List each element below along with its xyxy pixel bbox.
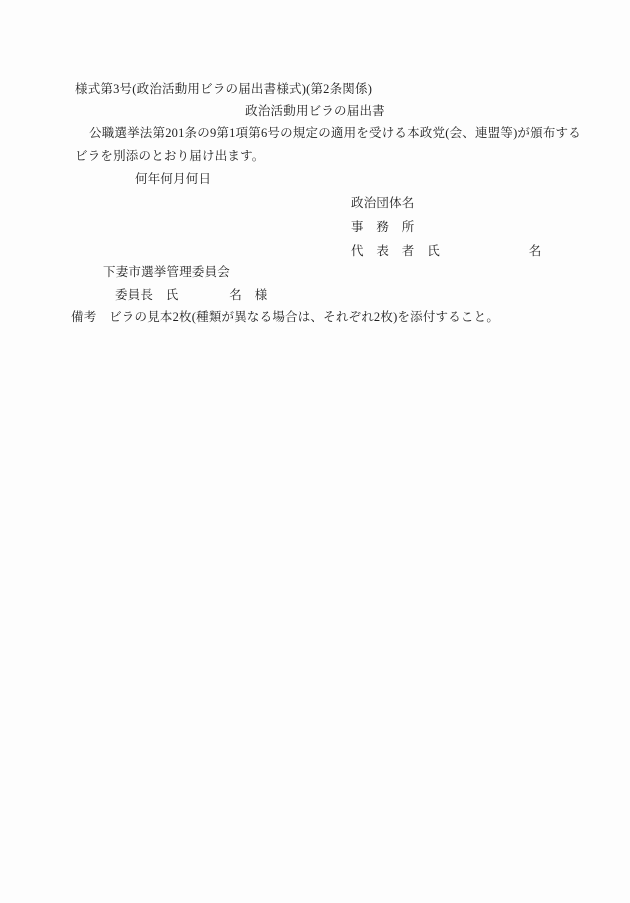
body-text-line-1: 公職選挙法第201条の9第1項第6号の規定の適用を受ける本政党(会、連盟等)が頒… xyxy=(89,126,581,140)
body-text-line-2: ビラを別添のとおり届け出ます。 xyxy=(75,149,265,163)
political-group-name-label: 政治団体名 xyxy=(351,196,415,210)
form-document-page: 様式第3号(政治活動用ビラの届出書様式)(第2条関係) 政治活動用ビラの届出書 … xyxy=(0,0,630,903)
office-label: 事 務 所 xyxy=(351,220,415,234)
addressee-commission-line: 下妻市選挙管理委員会 xyxy=(103,265,230,279)
remarks-line: 備考 ビラの見本2枚(種類が異なる場合は、それぞれ2枚)を添付すること。 xyxy=(71,310,499,324)
addressee-chairman-line: 委員長 氏 名 様 xyxy=(115,288,267,302)
form-number-line: 様式第3号(政治活動用ビラの届出書様式)(第2条関係) xyxy=(75,82,372,96)
representative-name-label: 代 表 者 氏 名 xyxy=(351,244,542,258)
date-placeholder-line: 何年何月何日 xyxy=(135,172,211,186)
document-title: 政治活動用ビラの届出書 xyxy=(0,104,630,118)
